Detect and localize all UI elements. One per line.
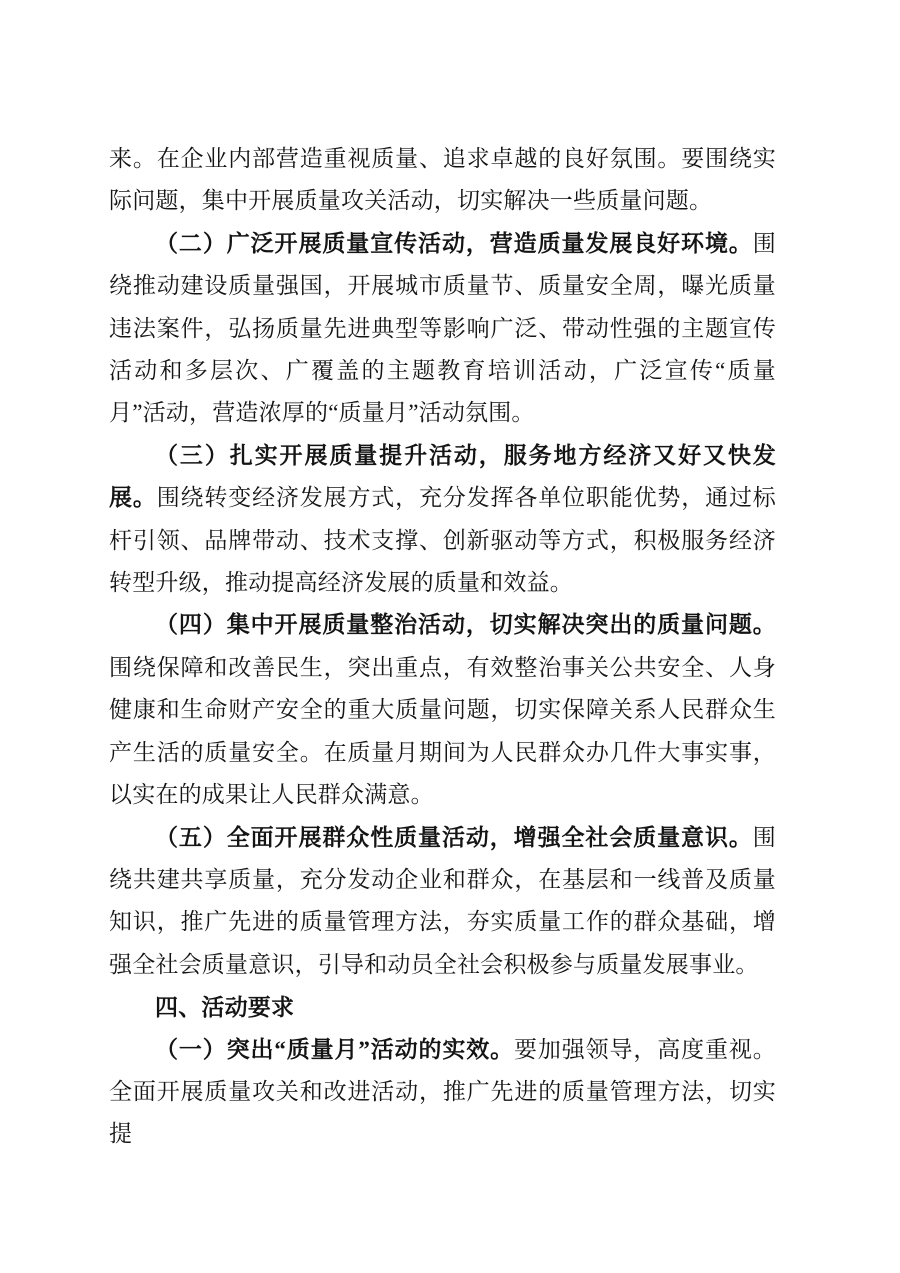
paragraph-lead-bold: （一）突出“质量月”活动的实效。 [155, 1037, 514, 1062]
paragraph-lead-bold: （五）全面开展群众性质量活动，增强全社会质量意识。 [155, 825, 753, 850]
document-paragraph: （三）扎实开展质量提升活动，服务地方经济又好又快发展。围绕转变经济发展方式，充分… [109, 435, 776, 605]
document-page: 来。在企业内部营造重视质量、追求卓越的良好氛围。要围绕实际问题，集中开展质量攻关… [0, 0, 900, 1273]
document-paragraph: 来。在企业内部营造重视质量、追求卓越的良好氛围。要围绕实际问题，集中开展质量攻关… [109, 138, 776, 223]
document-paragraph: （二）广泛开展质量宣传活动，营造质量发展良好环境。围绕推动建设质量强国，开展城市… [109, 223, 776, 435]
document-paragraph: （四）集中开展质量整治活动，切实解决突出的质量问题。围绕保障和改善民生，突出重点… [109, 604, 776, 816]
paragraph-text: 来。在企业内部营造重视质量、追求卓越的良好氛围。要围绕实际问题，集中开展质量攻关… [109, 146, 776, 213]
paragraph-lead-bold: （二）广泛开展质量宣传活动，营造质量发展良好环境。 [155, 231, 753, 256]
paragraph-text: 围绕保障和改善民生，突出重点，有效整治事关公共安全、人身健康和生命财产安全的重大… [109, 655, 776, 807]
paragraph-text: 围绕推动建设质量强国，开展城市质量节、质量安全周，曝光质量违法案件，弘扬质量先进… [109, 231, 776, 426]
section-heading-text: 四、活动要求 [155, 994, 294, 1020]
paragraph-text: 围绕转变经济发展方式，充分发挥各单位职能优势，通过标杆引领、品牌带动、技术支撑、… [109, 485, 776, 595]
document-paragraph: （一）突出“质量月”活动的实效。要加强领导，高度重视。全面开展质量攻关和改进活动… [109, 1029, 776, 1156]
document-paragraph: （五）全面开展群众性质量活动，增强全社会质量意识。围绕共建共享质量，充分发动企业… [109, 817, 776, 987]
paragraph-lead-bold: （四）集中开展质量整治活动，切实解决突出的质量问题。 [155, 612, 776, 637]
document-body: 来。在企业内部营造重视质量、追求卓越的良好氛围。要围绕实际问题，集中开展质量攻关… [109, 138, 776, 1156]
section-heading: 四、活动要求 [109, 986, 776, 1028]
